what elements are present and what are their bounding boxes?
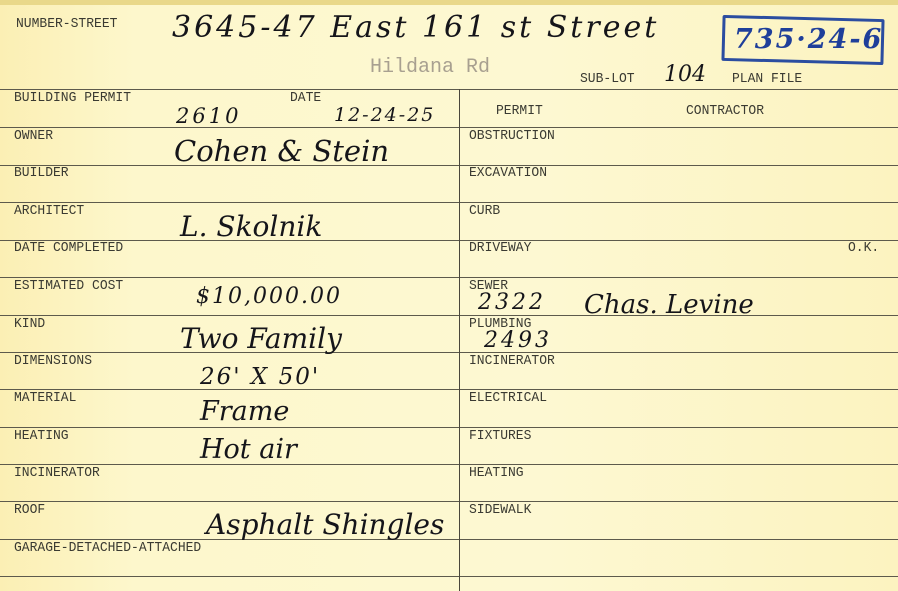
date-completed-label: DATE COMPLETED [14, 240, 123, 256]
driveway-note: O.K. [848, 240, 879, 256]
rule [0, 277, 898, 278]
owner-value: Cohen & Stein [174, 134, 389, 168]
architect-value: L. Skolnik [180, 210, 322, 243]
row-label-curb: CURB [469, 203, 500, 219]
rule [0, 352, 898, 353]
rule [0, 240, 898, 241]
plumbing-permit-value: 2493 [484, 328, 552, 353]
rule [0, 464, 898, 465]
rule [0, 127, 898, 128]
row-label-sidewalk: SIDEWALK [469, 502, 531, 518]
card-top-edge [0, 0, 898, 5]
number-street-label: NUMBER-STREET [16, 16, 117, 32]
heating-label: HEATING [14, 428, 69, 444]
alt-street-stamp: Hildana Rd [370, 56, 490, 79]
row-label-incinerator: INCINERATOR [469, 353, 555, 369]
material-label: MATERIAL [14, 390, 76, 406]
owner-label: OWNER [14, 128, 53, 144]
contractor-header: CONTRACTOR [686, 103, 764, 119]
sewer-permit-value: 2322 [478, 290, 546, 315]
sub-lot-label: SUB-LOT [580, 71, 635, 87]
building-permit-label: BUILDING PERMIT [14, 90, 131, 106]
builder-label: BUILDER [14, 165, 69, 181]
sub-lot-value: 104 [664, 62, 706, 87]
roof-label: ROOF [14, 502, 45, 518]
plan-file-label: PLAN FILE [732, 71, 802, 87]
row-label-obstruction: OBSTRUCTION [469, 128, 555, 144]
permit-header: PERMIT [496, 103, 543, 119]
rule [0, 165, 898, 166]
sewer-contractor-value: Chas. Levine [584, 290, 754, 320]
row-label-excavation: EXCAVATION [469, 165, 547, 181]
estimated-cost-value: $10,000.00 [196, 284, 342, 309]
kind-value: Two Family [180, 322, 342, 355]
date-label: DATE [290, 90, 321, 106]
dimensions-value: 26' X 50' [200, 364, 320, 390]
rule [0, 315, 898, 316]
number-street-value: 3645-47 East 161 st Street [172, 10, 659, 45]
rule [0, 576, 898, 577]
rule [0, 501, 898, 502]
row-label-fixtures: FIXTURES [469, 428, 531, 444]
roof-value: Asphalt Shingles [206, 508, 444, 541]
rule [0, 89, 898, 90]
row-label-driveway: DRIVEWAY [469, 240, 531, 256]
architect-label: ARCHITECT [14, 203, 84, 219]
dimensions-label: DIMENSIONS [14, 353, 92, 369]
permit-card: NUMBER-STREET 3645-47 East 161 st Street… [0, 0, 898, 591]
heating-value: Hot air [200, 434, 297, 465]
kind-label: KIND [14, 316, 45, 332]
estimated-cost-label: ESTIMATED COST [14, 278, 123, 294]
material-value: Frame [200, 396, 289, 427]
rule [0, 202, 898, 203]
row-label-electrical: ELECTRICAL [469, 390, 547, 406]
rule [0, 389, 898, 390]
rule [0, 427, 898, 428]
garage-label: GARAGE-DETACHED-ATTACHED [14, 540, 201, 556]
date-value: 12-24-25 [334, 104, 435, 126]
incinerator-label: INCINERATOR [14, 465, 100, 481]
plan-file-stamp: 735·24-6 [734, 24, 883, 55]
column-divider [459, 89, 460, 591]
building-permit-value: 2610 [176, 104, 241, 128]
row-label-heating: HEATING [469, 465, 524, 481]
